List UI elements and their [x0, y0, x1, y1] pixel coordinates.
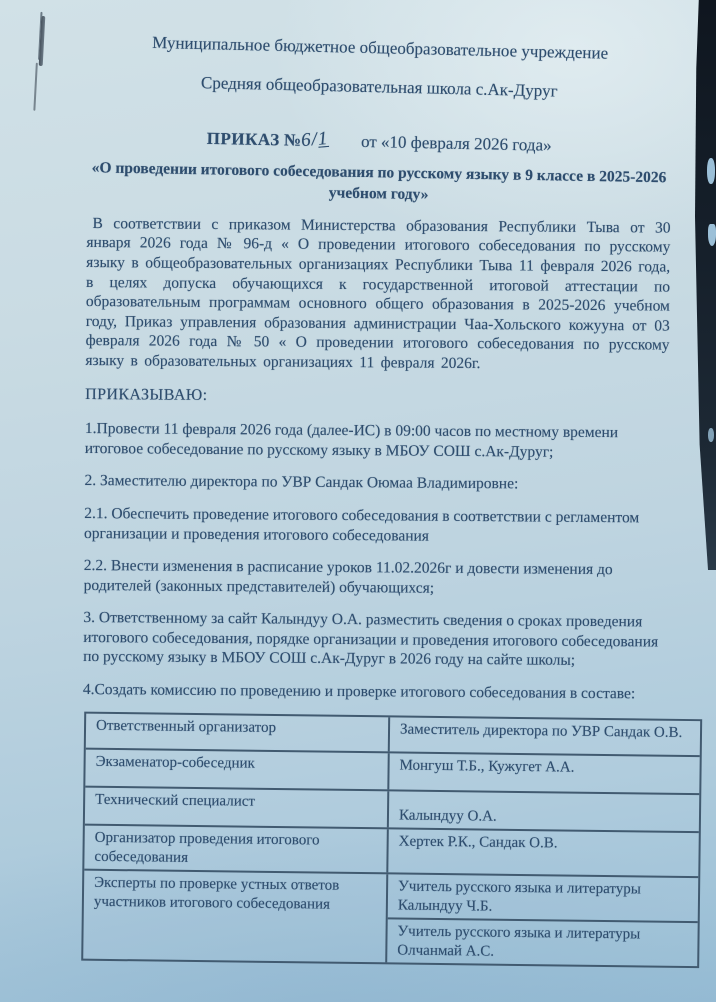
order-title: ПРИКАЗ	[207, 129, 280, 149]
members-cell: Заместитель директора по УВР Сандак О.В.	[390, 717, 700, 755]
members-subcell: Учитель русского языка и литературы Олча…	[387, 919, 698, 966]
table-row: Эксперты по проверке устных ответов учас…	[83, 870, 698, 965]
order-number-underlined: 1	[317, 128, 329, 150]
order-item-2: 2. Заместителю директора по УВР Сандак О…	[84, 471, 668, 495]
document-photo: Муниципальное бюджетное общеобразователь…	[0, 0, 716, 1002]
order-item-1: 1.Провести 11 февраля 2026 года (далее-И…	[85, 419, 669, 463]
role-cell: Организатор проведения итогового собесед…	[84, 825, 389, 872]
order-document: Муниципальное бюджетное общеобразователь…	[81, 36, 672, 966]
order-number-sign: №	[284, 131, 302, 150]
members-cell: Калындуу О.А.	[389, 791, 699, 831]
photo-edge	[695, 0, 716, 570]
members-cell: Хертек Р.К., Сандак О.В.	[388, 829, 699, 876]
order-item-2-1: 2.1. Обеспечить проведение итогового соб…	[84, 504, 668, 548]
order-item-3: 3. Ответственному за сайт Калындуу О.А. …	[83, 608, 667, 671]
org-name-line1: Муниципальное бюджетное общеобразователь…	[88, 31, 672, 64]
staple-mark	[39, 16, 46, 66]
order-title-line: ПРИКАЗ №6/1 от «10 февраля 2026 года»	[87, 127, 671, 158]
order-date: от «10 февраля 2026 года»	[361, 132, 552, 155]
role-cell: Экзаменатор-собеседник	[85, 749, 389, 789]
org-header: Муниципальное бюджетное общеобразователь…	[87, 31, 672, 103]
order-number-handwritten: 6/1	[301, 129, 330, 151]
background-page-mark	[707, 158, 715, 184]
members-text: Калындуу О.А.	[399, 806, 497, 826]
role-cell: Технический специалист	[85, 787, 389, 827]
org-name-line2: Средняя общеобразовательная школа с.Ак-Д…	[87, 70, 671, 103]
background-page-mark	[708, 224, 716, 246]
members-subcell: Учитель русского языка и литературы Калы…	[388, 874, 699, 923]
intro-paragraph: В соответствии с приказом Министерства о…	[85, 214, 670, 375]
members-cell: Учитель русского языка и литературы Калы…	[387, 874, 698, 966]
table-row: Организатор проведения итогового собесед…	[84, 825, 699, 877]
commission-table: Ответственный организатор Заместитель ди…	[81, 711, 702, 968]
background-page-mark	[708, 428, 714, 442]
role-cell: Эксперты по проверке устных ответов учас…	[83, 870, 388, 962]
role-cell: Ответственный организатор	[86, 713, 390, 751]
order-item-2-2: 2.2. Внести изменения в расписание уроко…	[84, 556, 668, 600]
order-item-4: 4.Создать комиссию по проведению и прове…	[83, 680, 667, 704]
decree-heading: ПРИКАЗЫВАЮ:	[85, 385, 669, 409]
order-subject: «О проведении итогового собеседования по…	[87, 157, 672, 209]
members-cell: Монгуш Т.Б., Кужугет А.А.	[389, 753, 699, 793]
